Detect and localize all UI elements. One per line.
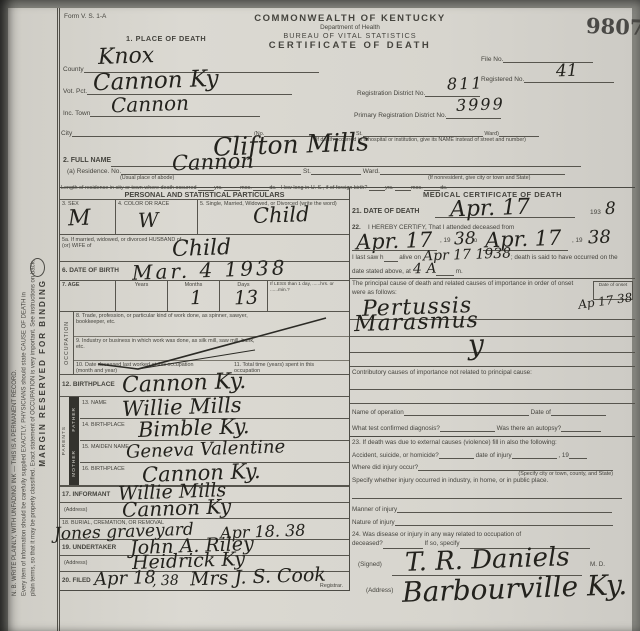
sex-color-marital-row: 3. SEX M 4. COLOR OR RACE W 5. Single, M… xyxy=(60,200,349,235)
scanned-death-certificate: N. B. WRITE PLAINLY, WITH UNFADING INK —… xyxy=(0,0,640,631)
registrar-signature: Mrs J. S. Cook xyxy=(190,566,326,590)
physician-address-value: Barbourville Ky. xyxy=(402,571,628,607)
registered-no-row: Registered No. 41 xyxy=(481,74,614,83)
undertaker-label: 19. UNDERTAKER xyxy=(62,544,116,551)
certificate-title: CERTIFICATE OF DEATH xyxy=(180,40,520,51)
primary-district-label: Primary Registration District No. xyxy=(354,112,446,119)
death-time-value: 4 A xyxy=(412,262,436,277)
registrar-label: Registrar. xyxy=(320,583,343,589)
days-value: 13 xyxy=(234,289,259,309)
nature-row: Nature of injury xyxy=(352,517,633,526)
undertaker-address-label: (Address) xyxy=(64,560,87,566)
signed-label: (Signed) xyxy=(358,561,382,568)
marital-value: Child xyxy=(253,204,310,227)
parents-block: PARENTS FATHER MOTHER 13. NAME Willie Mi… xyxy=(60,397,349,485)
form-number: Form V. S. 1-A xyxy=(64,13,106,20)
mother-side-label: MOTHER xyxy=(72,450,77,477)
age-label: 7. AGE xyxy=(62,282,113,288)
county-value: Knox xyxy=(98,45,155,69)
place-of-death-label: 1. PLACE OF DEATH xyxy=(126,34,206,43)
margin-nb-line1: N. B. WRITE PLAINLY, WITH UNFADING INK —… xyxy=(11,126,20,596)
stamped-certificate-number: 9807 xyxy=(586,13,640,40)
test-label: What test confirmed diagnosis? xyxy=(352,425,440,432)
external-causes-block: 23. If death was due to external causes … xyxy=(350,437,635,499)
primary-district-value: 3999 xyxy=(456,96,505,114)
manner-row: Manner of injury xyxy=(352,504,633,513)
certificate-form: Form V. S. 1-A COMMONWEALTH OF KENTUCKY … xyxy=(57,8,635,631)
city-ward-label: Ward) xyxy=(484,131,498,137)
age-years-cell: Years xyxy=(116,281,168,311)
certify-comma19b: , 19 xyxy=(572,237,583,244)
residence-ward-label: Ward. xyxy=(363,168,380,175)
test-row: What test confirmed diagnosis? Was there… xyxy=(350,422,635,437)
specify-note: Specify whether injury occurred in indus… xyxy=(352,477,633,486)
birthplace-label: 12. BIRTHPLACE xyxy=(62,381,115,388)
sex-cell: 3. SEX M xyxy=(60,200,116,234)
contributory-blank-2 xyxy=(350,390,635,403)
years-label: Years xyxy=(118,282,165,288)
where-row: Where did injury occur? xyxy=(352,462,633,471)
last-saw-block: I last saw h alive on Apr 17 1938; death… xyxy=(352,248,630,276)
header-center: COMMONWEALTH OF KENTUCKY Department of H… xyxy=(180,13,520,51)
months-value: 1 xyxy=(190,289,203,308)
occupation-checkmark xyxy=(90,314,335,377)
inc-town-row: Inc. Town Cannon xyxy=(63,108,260,117)
informant-address-value: Cannon Ky xyxy=(122,496,232,520)
injury-rows: Manner of injury Nature of injury xyxy=(350,499,635,526)
registered-no-value: 41 xyxy=(556,63,578,81)
full-name-label: 2. FULL NAME xyxy=(63,157,111,164)
age-days-cell: Days 13 xyxy=(220,281,268,311)
age-row: 7. AGE Years Months 1 Days 13 If LESS th… xyxy=(60,281,349,312)
city-label: City xyxy=(61,130,72,137)
accident-row: Accident, suicide, or homicide? date of … xyxy=(352,450,633,459)
cause-line-3: y xyxy=(350,337,635,353)
department-line: Department of Health xyxy=(180,24,520,31)
registration-district-value: 811 xyxy=(447,75,484,92)
file-no-label: File No. xyxy=(481,56,503,63)
inc-town-label: Inc. Town xyxy=(63,110,90,117)
mother-birthplace-label: 16. BIRTHPLACE xyxy=(82,466,125,472)
contributory-blank-1 xyxy=(350,376,635,390)
father-birthplace-label: 14. BIRTHPLACE xyxy=(82,422,125,428)
occupation-block: OCCUPATION 8. Trade, profession, or part… xyxy=(60,312,349,375)
personal-statistical-column: PERSONAL AND STATISTICAL PARTICULARS 3. … xyxy=(60,187,350,591)
filed-row: 20. FILED Apr 18 , 38 Mrs J. S. Cook Reg… xyxy=(60,572,349,591)
specify-blank-line xyxy=(352,486,622,499)
age-less-cell: If LESS than 1 day, ......hrs. or ......… xyxy=(268,281,346,311)
age-label-cell: 7. AGE xyxy=(60,281,116,311)
physician-address-row: (Address) Barbourville Ky. xyxy=(350,577,635,607)
mother-name-label: 15. MAIDEN NAME xyxy=(82,444,129,450)
bureau-line: BUREAU OF VITAL STATISTICS xyxy=(180,31,520,40)
nonresident-note: (If nonresident, give city or town and S… xyxy=(428,175,530,181)
mother-name-value: Geneva Valentine xyxy=(126,438,286,462)
cause-line-4 xyxy=(350,353,635,367)
physician-address-label: (Address) xyxy=(366,587,393,594)
medical-certificate-column: MEDICAL CERTIFICATE OF DEATH 21. DATE OF… xyxy=(350,187,635,607)
mother-bar: MOTHER xyxy=(69,441,79,485)
death-year-hw: 8 xyxy=(605,201,616,218)
registration-district-label: Registration District No. xyxy=(357,90,425,97)
occupation-question-text: 24. Was disease or injury in any way rel… xyxy=(352,530,633,539)
residence-st-label: St. xyxy=(303,168,311,175)
filed-year-value: , 38 xyxy=(152,574,179,589)
certify-block: 22. I HEREBY CERTIFY, That I attended de… xyxy=(350,222,635,279)
where-label: Where did injury occur? xyxy=(352,464,418,471)
abode-note: (Usual place of abode) xyxy=(120,175,174,181)
father-side-label: FATHER xyxy=(72,407,77,432)
operation-row: Name of operation Date of xyxy=(350,404,635,422)
certify-to-label: to xyxy=(472,237,477,244)
county-label: County xyxy=(63,66,84,73)
contributory-text: Contributory causes of importance not re… xyxy=(350,367,635,376)
vot-pct-label: Vot. Pct. xyxy=(63,88,87,95)
color-label: 4. COLOR OR RACE xyxy=(118,201,195,207)
certify-to-year: 38 xyxy=(588,229,612,248)
alive-on-label: alive on xyxy=(399,254,421,261)
full-name-row: 2. FULL NAME Clifton Mills xyxy=(63,149,631,167)
cause-line-2: Marasmus xyxy=(350,320,635,337)
date-of-death-label: 21. DATE OF DEATH xyxy=(352,208,419,215)
cause2-value: Marasmus xyxy=(354,310,480,336)
residence-row: (a) Residence. No. St. Ward. Cannon xyxy=(67,166,633,175)
margin-binding-text: MARGIN RESERVED FOR BINDING xyxy=(38,279,47,467)
manner-label: Manner of injury xyxy=(352,506,397,513)
m-label: m. xyxy=(456,268,463,275)
date-of-death-row: 21. DATE OF DEATH Apr. 17 193 8 xyxy=(350,203,635,222)
age-months-cell: Months 1 xyxy=(168,281,220,311)
left-column-title: PERSONAL AND STATISTICAL PARTICULARS xyxy=(60,188,349,200)
injury-nineteen: , 19 xyxy=(558,452,569,459)
filed-label: 20. FILED xyxy=(62,577,91,584)
less-than-label: If LESS than 1 day, ......hrs. or ......… xyxy=(270,282,344,294)
operation-label: Name of operation xyxy=(352,409,404,416)
birthdate-value: Mar. 4 1938 xyxy=(132,257,288,282)
primary-district-row: Primary Registration District No. 3999 xyxy=(354,110,501,119)
occupation-question-text2: deceased? xyxy=(352,540,383,547)
father-name-label: 13. NAME xyxy=(82,400,107,406)
margin-binding-label: MARGIN RESERVED FOR BINDING xyxy=(38,158,51,588)
external-causes-text: 23. If death was due to external causes … xyxy=(352,439,633,448)
margin-instructions: N. B. WRITE PLAINLY, WITH UNFADING INK —… xyxy=(11,126,39,596)
last-saw-prefix: I last saw h xyxy=(352,254,384,261)
sex-value: M xyxy=(68,208,91,231)
parents-side-label: PARENTS xyxy=(62,426,67,455)
margin-nb-line2: Every item of information should be care… xyxy=(20,126,29,596)
occupation-sidebar: OCCUPATION xyxy=(60,312,74,374)
informant-address-label: (Address) xyxy=(64,507,87,513)
birthdate-label: 6. DATE OF BIRTH xyxy=(62,267,119,274)
injury-date-label: date of injury xyxy=(476,452,512,459)
marital-cell: 5. Single, Married, Widowed, or Divorced… xyxy=(198,200,346,234)
occupation-side-label: OCCUPATION xyxy=(64,321,70,365)
date-of-death-value: Apr. 17 xyxy=(450,197,531,222)
informant-address-row: (Address) Cannon Ky xyxy=(60,503,349,519)
nature-label: Nature of injury xyxy=(352,519,395,526)
spouse-label: 5a. If married, widowed, or divorced HUS… xyxy=(62,237,187,249)
commonwealth-title: COMMONWEALTH OF KENTUCKY xyxy=(180,13,520,24)
certify-comma19a: , 19 xyxy=(440,237,451,244)
father-bar: FATHER xyxy=(69,397,79,441)
contributory-block: Contributory causes of importance not re… xyxy=(350,367,635,404)
color-cell: 4. COLOR OR RACE W xyxy=(116,200,198,234)
accident-label: Accident, suicide, or homicide? xyxy=(352,452,439,459)
operation-date-of-label: Date of xyxy=(531,409,551,416)
autopsy-label: Was there an autopsy? xyxy=(497,425,562,432)
certificate-paper: N. B. WRITE PLAINLY, WITH UNFADING INK —… xyxy=(8,8,632,631)
registered-no-label: Registered No. xyxy=(481,76,524,83)
informant-label: 17. INFORMANT xyxy=(62,491,110,498)
residence-label: (a) Residence. No. xyxy=(67,168,121,175)
md-label: M. D. xyxy=(590,561,605,568)
inc-town-value: Cannon xyxy=(111,93,190,116)
filed-date-value: Apr 18 xyxy=(94,569,156,589)
color-value: W xyxy=(138,210,159,231)
death-year-prefix: 193 xyxy=(590,209,601,216)
residence-value: Cannon xyxy=(172,151,254,175)
birthdate-row: 6. DATE OF BIRTH Mar. 4 1938 xyxy=(60,262,349,281)
